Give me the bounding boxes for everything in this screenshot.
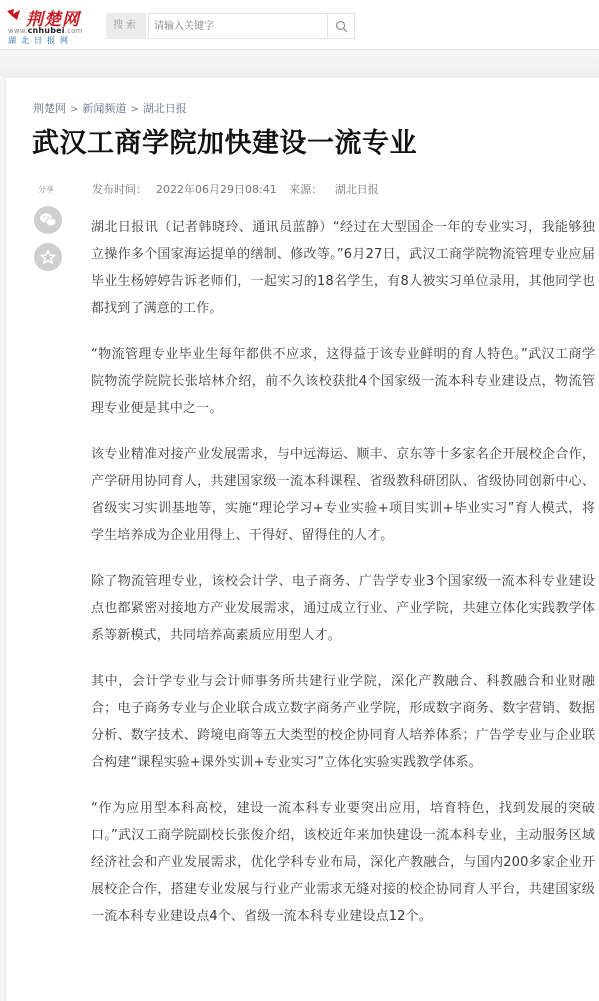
publish-time-value: 2022年06月29日08:41 bbox=[156, 183, 277, 196]
search-icon bbox=[335, 20, 348, 33]
site-header: 荆楚网 www.cnhubei.com 湖北日报网 搜索 bbox=[0, 0, 599, 50]
wechat-icon bbox=[39, 212, 57, 228]
article-title: 武汉工商学院加快建设一流专业 bbox=[32, 124, 417, 164]
article-container: 荆楚网>新闻频道>湖北日报 武汉工商学院加快建设一流专业 分享 发布时间：202… bbox=[5, 77, 599, 1001]
share-wechat-button[interactable] bbox=[34, 206, 62, 234]
logo-domain: www.cnhubei.com bbox=[8, 26, 83, 35]
breadcrumb: 荆楚网>新闻频道>湖北日报 bbox=[33, 100, 187, 116]
article-paragraph: 湖北日报讯（记者韩晓玲、通讯员蓝静）“经过在大型国企一年的专业实习，我能够独立操… bbox=[91, 214, 595, 322]
star-icon bbox=[40, 249, 56, 265]
nav-spacer bbox=[0, 51, 599, 77]
publish-time: 发布时间：2022年06月29日08:41 bbox=[92, 183, 277, 196]
breadcrumb-separator: > bbox=[130, 104, 138, 115]
logo-domain-main: cnhubei bbox=[28, 26, 65, 35]
site-logo[interactable]: 荆楚网 www.cnhubei.com 湖北日报网 bbox=[4, 4, 104, 46]
article-meta: 发布时间：2022年06月29日08:41 来源： 湖北日报 bbox=[92, 181, 379, 197]
logo-domain-suffix: .com bbox=[65, 27, 83, 35]
favorite-button[interactable] bbox=[34, 243, 62, 271]
breadcrumb-separator: > bbox=[70, 104, 78, 115]
logo-mark-icon bbox=[6, 8, 26, 22]
share-label: 分享 bbox=[38, 184, 54, 195]
source-value: 湖北日报 bbox=[335, 183, 379, 196]
article-body: 湖北日报讯（记者韩晓玲、通讯员蓝静）“经过在大型国企一年的专业实习，我能够独立操… bbox=[91, 214, 595, 949]
article-paragraph: “作为应用型本科高校，建设一流本科专业要突出应用，培育特色，找到发展的突破口。”… bbox=[91, 795, 595, 930]
article-paragraph: “物流管理专业毕业生每年都供不应求，这得益于该专业鲜明的育人特色。”武汉工商学院… bbox=[91, 341, 595, 422]
publish-label: 发布时间： bbox=[92, 183, 147, 196]
search-button[interactable] bbox=[327, 13, 355, 39]
search-label: 搜索 bbox=[106, 13, 146, 39]
search-input[interactable] bbox=[148, 13, 328, 39]
logo-subtitle: 湖北日报网 bbox=[8, 35, 73, 46]
breadcrumb-home[interactable]: 荆楚网 bbox=[33, 102, 66, 115]
logo-domain-prefix: www. bbox=[8, 27, 28, 35]
article-paragraph: 该专业精准对接产业发展需求，与中远海运、顺丰、京东等十多家名企开展校企合作，产学… bbox=[91, 441, 595, 549]
article-paragraph: 除了物流管理专业，该校会计学、电子商务、广告学专业3个国家级一流本科专业建设点也… bbox=[91, 568, 595, 649]
source: 来源： 湖北日报 bbox=[289, 183, 379, 196]
breadcrumb-news[interactable]: 新闻频道 bbox=[82, 102, 126, 115]
breadcrumb-hubei-daily[interactable]: 湖北日报 bbox=[143, 102, 187, 115]
article-paragraph: 其中，会计学专业与会计师事务所共建行业学院，深化产教融合、科教融合和业财融合；电… bbox=[91, 668, 595, 776]
source-label: 来源： bbox=[289, 183, 322, 196]
